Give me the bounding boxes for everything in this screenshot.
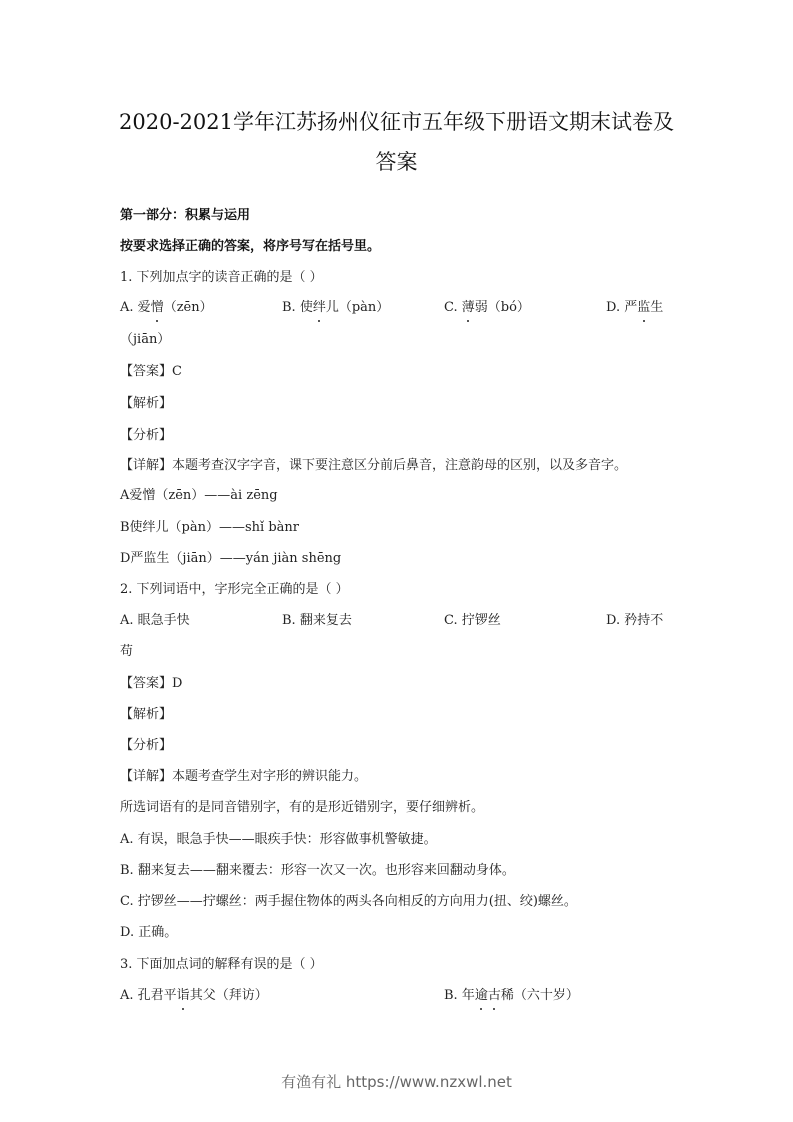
q3-option-a: A. 孔君平诣其父（拜访） [120,987,268,1005]
q2-stem: 2. 下列词语中，字形完全正确的是（ ） [120,581,349,599]
emphasis-dot-char: 绊 [313,299,326,317]
q1-option-d: D. 严监生 [606,299,663,317]
q2-explain-a: A. 有误，眼急手快——眼疾手快：形容做事机警敏捷。 [120,831,437,849]
footer-watermark: 有渔有礼 https://www.nzxwl.net [0,1071,793,1092]
option-label: A. [120,988,138,1003]
q1-jiexi: 【解析】 [120,395,172,413]
emphasis-dot-char: 监 [637,299,650,317]
q1-option-a: A. 爱憎（zēn） [120,299,213,317]
q2-option-d: D. 矜持不 [606,612,663,630]
q2-explain-c: C. 拧锣丝——拧螺丝：两手握住物体的两头各向相反的方向用力(扭、绞)螺丝。 [120,893,577,911]
document-title-line1: 2020-2021学年江苏扬州仪征市五年级下册语文期末试卷及 [100,106,693,136]
q1-answer: 【答案】C [120,363,182,381]
option-text: 年 [462,988,475,1003]
q1-option-c: C. 薄弱（bó） [444,299,530,317]
option-text: 儿（pàn） [326,300,389,315]
option-text: 严 [624,300,637,315]
q1-option-b: B. 使绊儿（pàn） [282,299,389,317]
q1-detail: 【详解】本题考查汉字字音，课下要注意区分前后鼻音，注意韵母的区别，以及多音字。 [120,457,627,475]
q1-explain-b: B使绊儿（pàn）——shǐ bànr [120,519,299,537]
q1-explain-a: A爱憎（zēn）——ài zēng [120,487,278,505]
option-label: D. [606,300,624,315]
option-text: 生 [650,300,663,315]
option-text: 使 [300,300,313,315]
emphasis-dot-char: 薄 [462,299,475,317]
option-label: C. [444,300,462,315]
q2-fenxi: 【分析】 [120,737,172,755]
q2-explain-d: D. 正确。 [120,924,177,942]
q1-explain-d: D严监生（jiān）——yán jiàn shēng [120,550,341,568]
section-instruction: 按要求选择正确的答案，将序号写在括号里。 [120,238,380,256]
q3-option-b: B. 年逾古稀（六十岁） [444,987,579,1005]
q2-detail: 【详解】本题考查学生对字形的辨识能力。 [120,768,367,786]
emphasis-dot-char: 诣 [177,987,190,1005]
q1-stem: 1. 下列加点字的读音正确的是（ ） [120,269,323,287]
option-text: 稀（六十岁） [501,988,579,1003]
option-text: 爱 [138,300,151,315]
emphasis-dot-char: 逾 [475,987,488,1005]
q2-jiexi: 【解析】 [120,706,172,724]
q2-option-b: B. 翻来复去 [282,612,352,630]
q2-explain-b: B. 翻来复去——翻来覆去：形容一次又一次。也形容来回翻动身体。 [120,862,515,880]
option-text: 其父（拜访） [190,988,268,1003]
q1-option-d-wrap: （jiān） [120,331,170,349]
q1-fenxi: 【分析】 [120,427,172,445]
option-label: B. [444,988,462,1003]
q2-option-d-wrap: 苟 [120,643,133,661]
option-text: （zēn） [164,300,213,315]
emphasis-dot-char: 古 [488,987,501,1005]
option-text: 孔君平 [138,988,177,1003]
option-label: B. [282,300,300,315]
q2-intro: 所选词语有的是同音错别字，有的是形近错别字，要仔细辨析。 [120,799,484,817]
q2-option-a: A. 眼急手快 [120,612,190,630]
q2-answer: 【答案】D [120,675,182,693]
option-text: 弱（bó） [475,300,530,315]
emphasis-dot-char: 憎 [151,299,164,317]
q3-stem: 3. 下面加点词的解释有误的是（ ） [120,956,323,974]
section-heading: 第一部分：积累与运用 [120,207,250,225]
q2-option-c: C. 拧锣丝 [444,612,501,630]
option-label: A. [120,300,138,315]
document-title-line2: 答案 [100,146,693,176]
